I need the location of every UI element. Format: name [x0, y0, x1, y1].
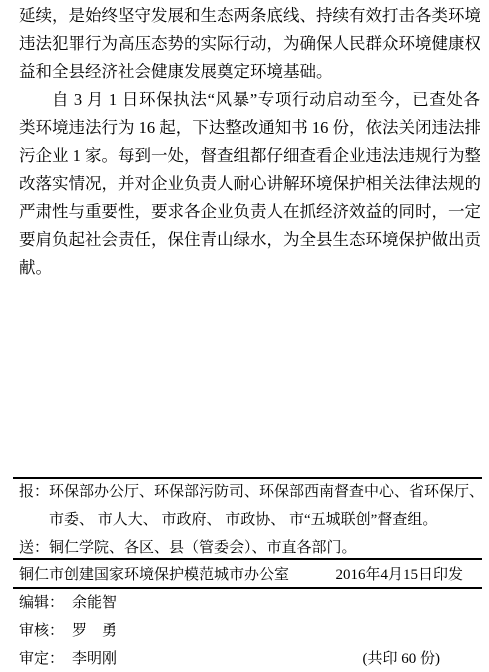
body-line: 自 3 月 1 日环保执法“风暴”专项行动启动至今，已查处各	[19, 86, 480, 114]
cc-report-label: 报：	[19, 478, 49, 534]
editor-row: 编辑： 余能智	[19, 589, 480, 617]
cc-block: 报： 环保部办公厅、环保部污防司、环保部西南督查中心、省环保厅、 市委、 市人大…	[19, 478, 480, 562]
reviewer-label: 审核：	[19, 617, 64, 645]
editor-name: 余能智	[72, 589, 117, 617]
issuer-name: 铜仁市创建国家环境保护模范城市办公室	[19, 562, 289, 588]
issuer-row: 铜仁市创建国家环境保护模范城市办公室 2016年4月15日印发	[19, 562, 463, 588]
body-line: 献。	[19, 254, 480, 282]
body-line: 严肃性与重要性，要求各企业负责人在抓经济效益的同时，一定	[19, 198, 480, 226]
cc-report-content: 环保部办公厅、环保部污防司、环保部西南督查中心、省环保厅、 市委、 市人大、 市…	[49, 478, 484, 534]
reviewer-name: 罗 勇	[72, 617, 117, 645]
body-text: 延续，是始终坚守发展和生态两条底线、持续有效打击各类环境 违法犯罪行为高压态势的…	[19, 2, 480, 282]
body-line: 改落实情况，并对企业负责人耐心讲解环境保护相关法律法规的	[19, 170, 480, 198]
approver-row: 审定： 李明刚 (共印 60 份)	[19, 645, 480, 672]
imprint-block: 编辑： 余能智 审核： 罗 勇 审定： 李明刚 (共印 60 份)	[19, 589, 480, 672]
approver-name: 李明刚	[72, 645, 117, 672]
body-line: 违法犯罪行为高压态势的实际行动，为确保人民群众环境健康权	[19, 30, 480, 58]
document-page: 延续，是始终坚守发展和生态两条底线、持续有效打击各类环境 违法犯罪行为高压态势的…	[0, 0, 489, 672]
divider-issuer-top	[13, 558, 482, 560]
cc-report-row: 报： 环保部办公厅、环保部污防司、环保部西南督查中心、省环保厅、 市委、 市人大…	[19, 478, 480, 534]
body-line: 延续，是始终坚守发展和生态两条底线、持续有效打击各类环境	[19, 2, 480, 30]
paragraph-2: 自 3 月 1 日环保执法“风暴”专项行动启动至今，已查处各 类环境违法行为 1…	[19, 86, 480, 282]
cc-report-line-2: 市委、 市人大、 市政府、 市政协、 市“五城联创”督查组。	[49, 506, 484, 534]
body-line: 益和全县经济社会健康发展奠定环境基础。	[19, 58, 480, 86]
body-line: 污企业 1 家。每到一处，督查组都仔细查看企业违法违规行为整	[19, 142, 480, 170]
cc-report-line-1: 环保部办公厅、环保部污防司、环保部西南督查中心、省环保厅、	[49, 478, 484, 506]
editor-label: 编辑：	[19, 589, 64, 617]
body-line: 要肩负起社会责任，保住青山绿水，为全县生态环境保护做出贡	[19, 226, 480, 254]
paragraph-1: 延续，是始终坚守发展和生态两条底线、持续有效打击各类环境 违法犯罪行为高压态势的…	[19, 2, 480, 86]
copies-count: (共印 60 份)	[363, 645, 441, 672]
issue-date: 2016年4月15日印发	[335, 562, 463, 588]
body-line: 类环境违法行为 16 起，下达整改通知书 16 份，依法关闭违法排	[19, 114, 480, 142]
approver-label: 审定：	[19, 645, 64, 672]
reviewer-row: 审核： 罗 勇	[19, 617, 480, 645]
